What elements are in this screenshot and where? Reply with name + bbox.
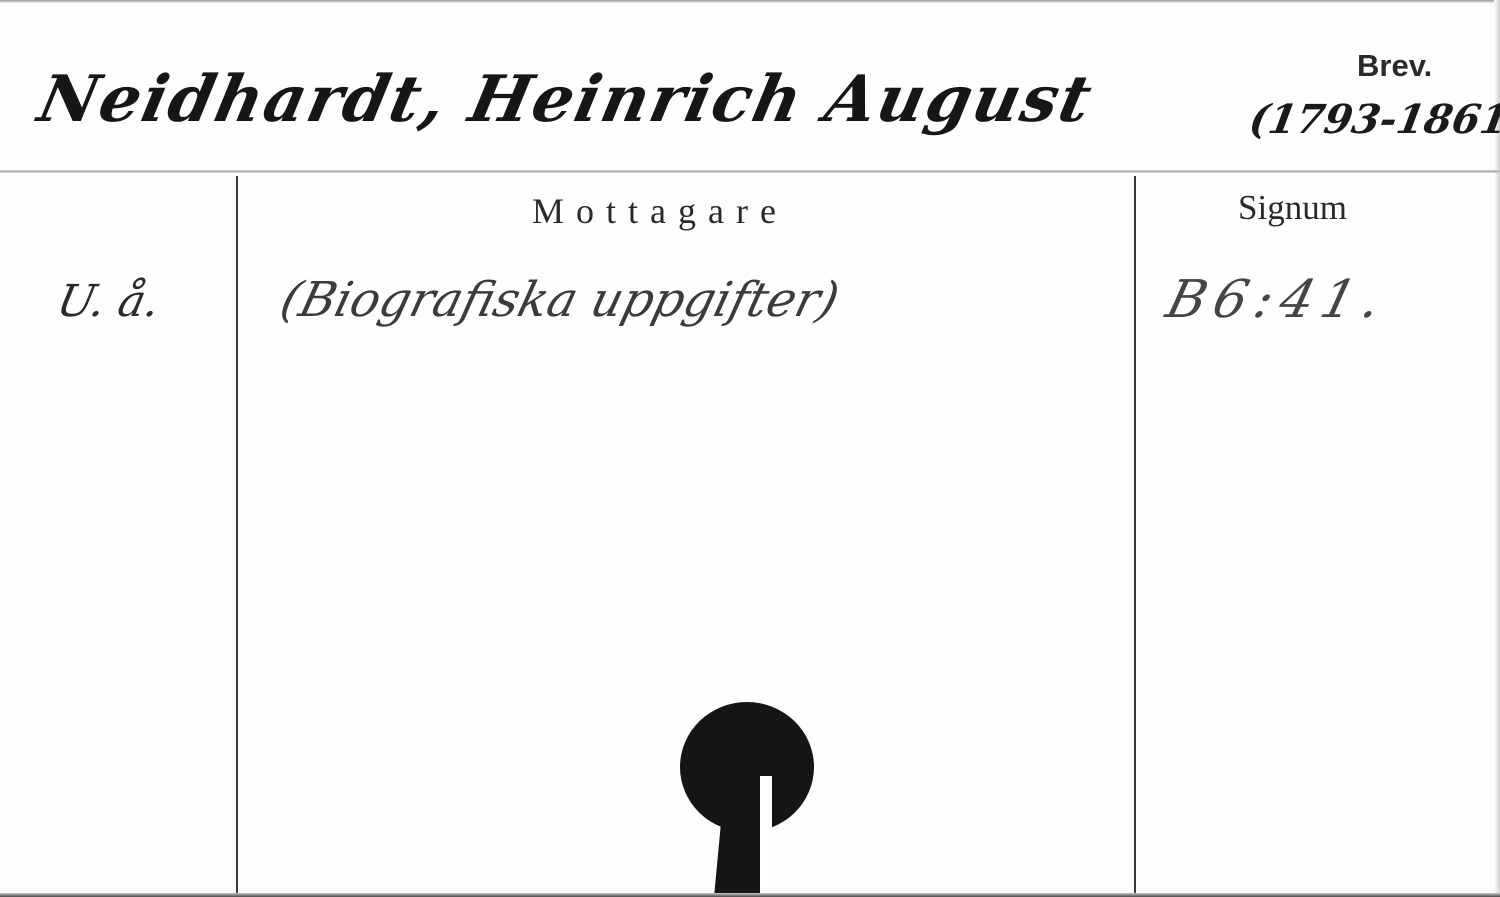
entry-date: U. å. — [53, 276, 165, 327]
entry-recipient: (Biografiska uppgifter) — [275, 272, 845, 328]
index-card: Neidhardt, Heinrich August (1793-1861) B… — [0, 0, 1500, 897]
category-label: Brev. — [1357, 48, 1432, 84]
life-dates: (1793-1861) — [1246, 96, 1500, 143]
card-bottom-edge — [0, 893, 1500, 897]
column-divider-date — [236, 176, 238, 897]
header-divider — [0, 170, 1500, 173]
column-divider-signum — [1134, 176, 1136, 897]
keyhole-punch-icon — [680, 702, 814, 897]
column-header-signum: Signum — [1238, 188, 1347, 228]
person-name: Neidhardt, Heinrich August — [32, 62, 1100, 137]
entry-signum: B6:41. — [1161, 270, 1395, 330]
card-top-edge — [0, 0, 1500, 3]
column-header-recipient: Mottagare — [532, 190, 788, 232]
